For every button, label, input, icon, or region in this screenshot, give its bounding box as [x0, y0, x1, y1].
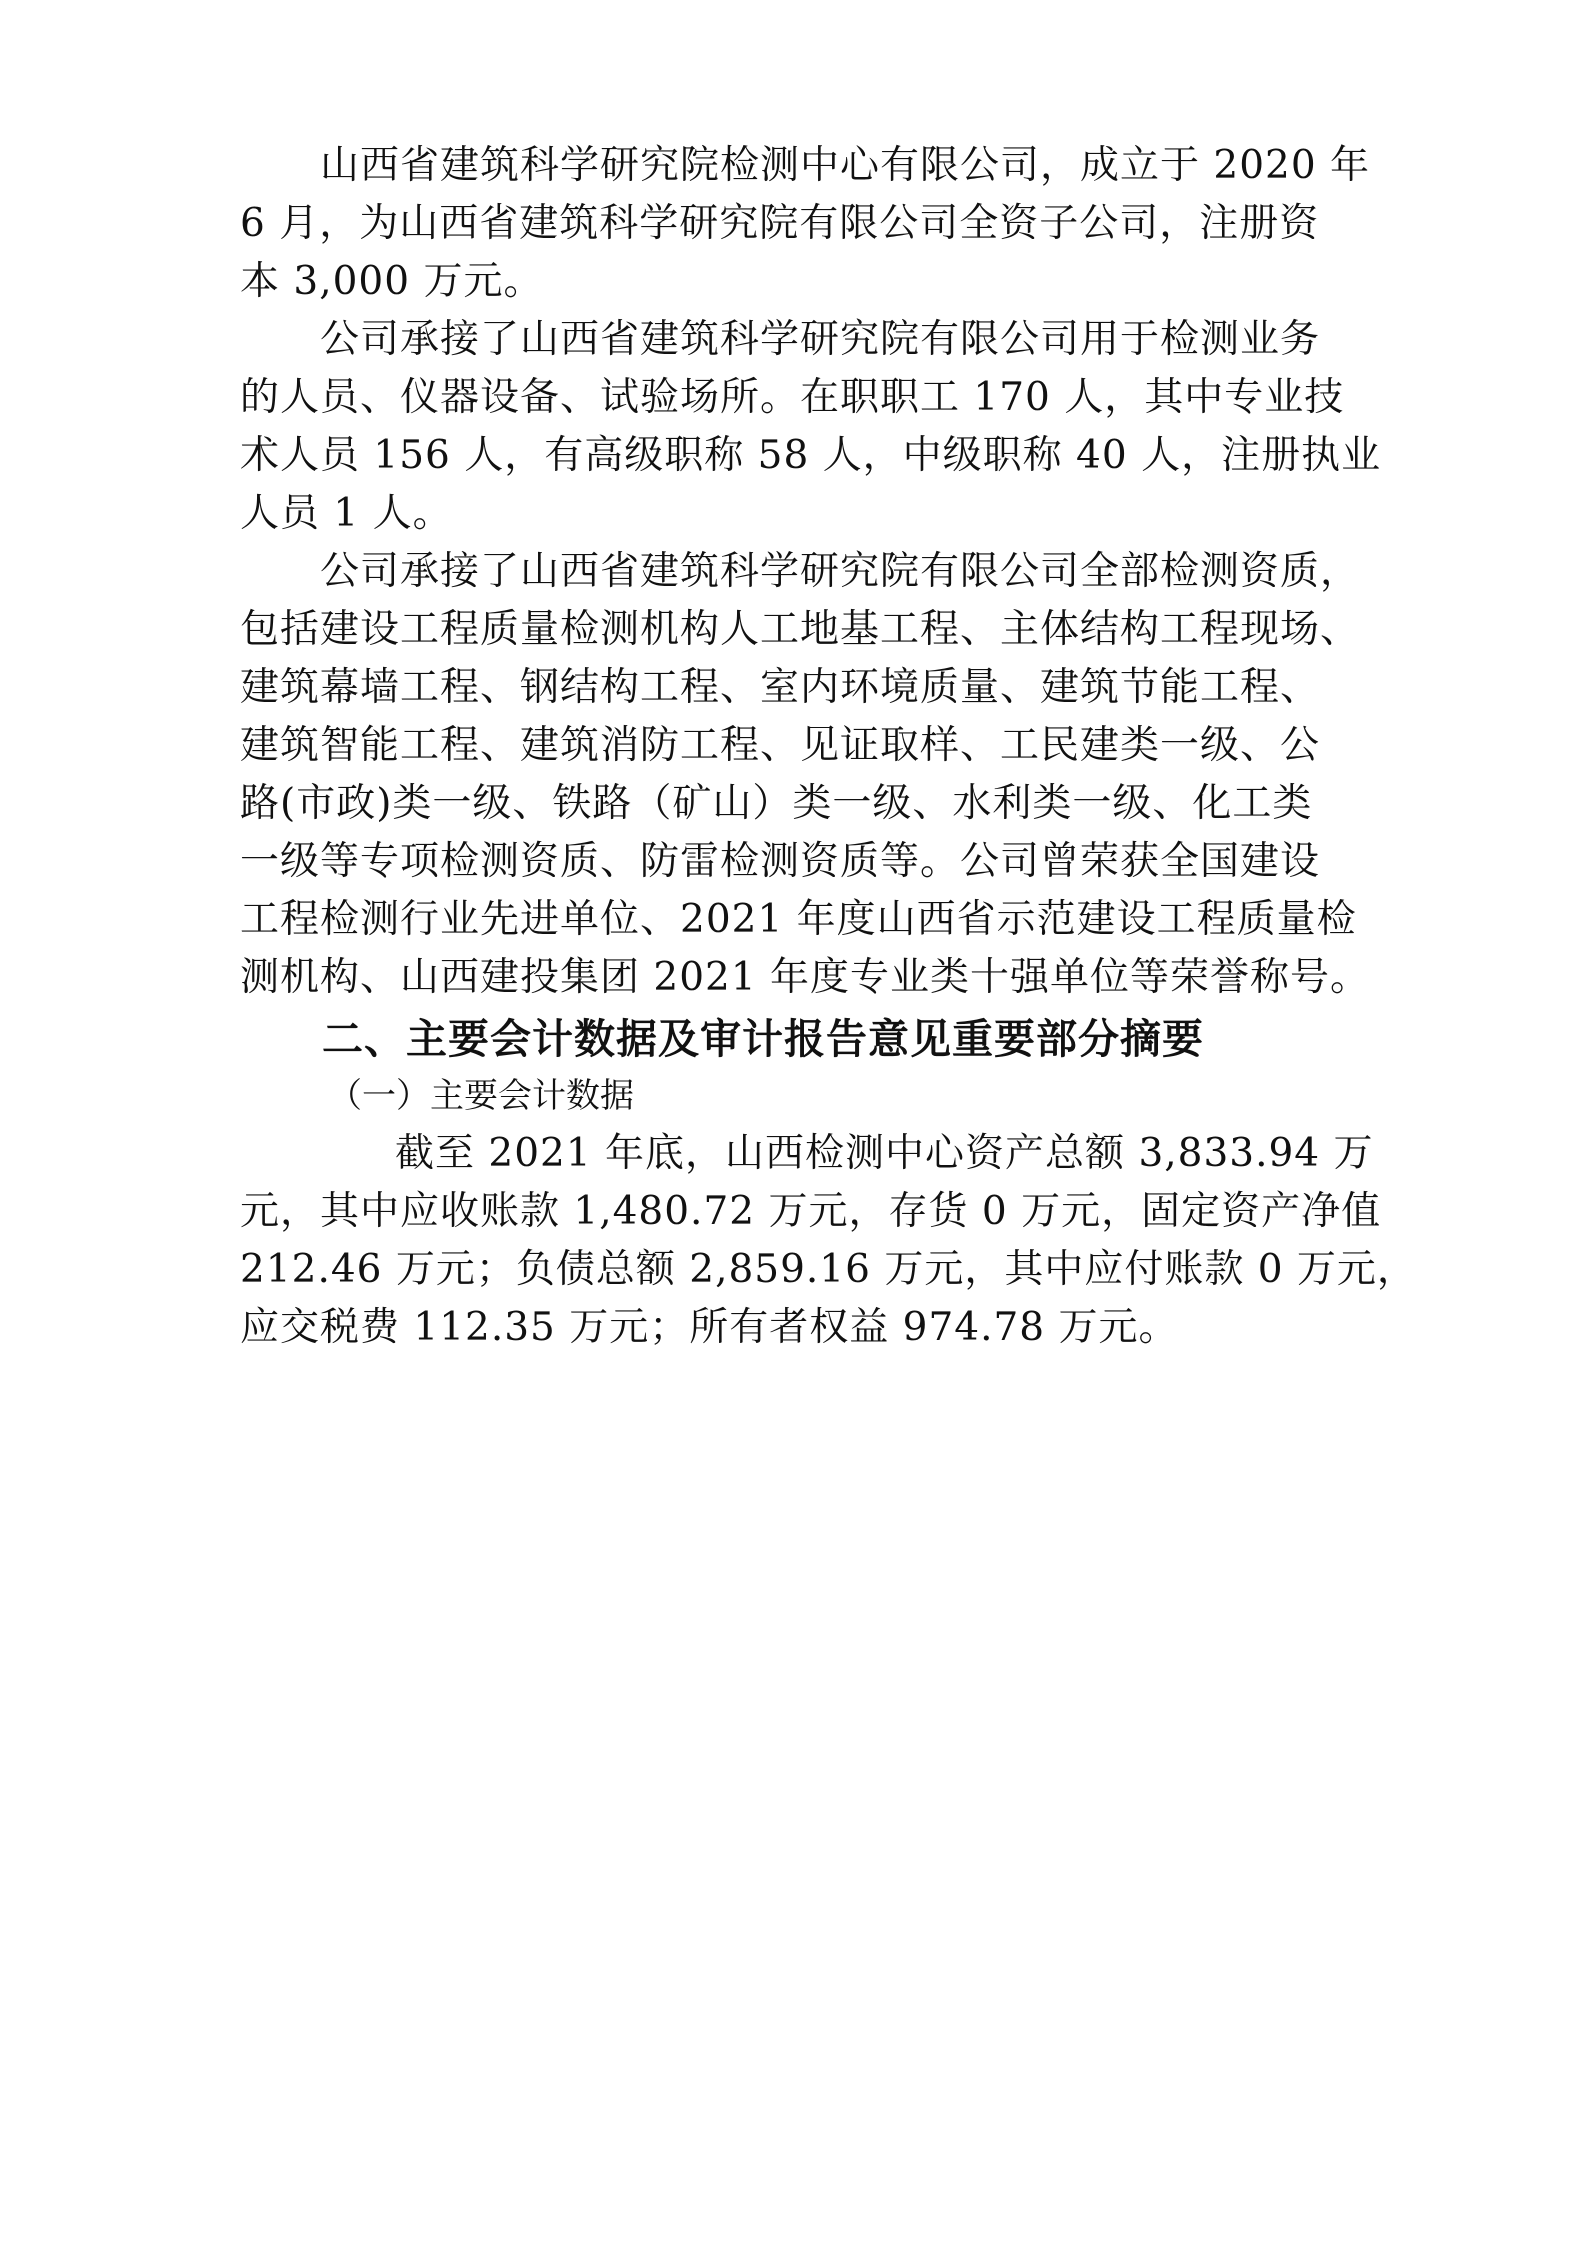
document-page: 山西省建筑科学研究院检测中心有限公司，成立于 2020 年 6 月，为山西省建筑… [0, 0, 1587, 2245]
paragraph-3-line-8: 测机构、山西建投集团 2021 年度专业类十强单位等荣誉称号。 [240, 954, 1370, 1002]
financial-paragraph-line-4: 应交税费 112.35 万元；所有者权益 974.78 万元。 [240, 1304, 1179, 1352]
paragraph-3-line-4: 建筑智能工程、建筑消防工程、见证取样、工民建类一级、公 [240, 722, 1320, 770]
paragraph-3-line-2: 包括建设工程质量检测机构人工地基工程、主体结构工程现场、 [240, 606, 1360, 654]
section-heading: 二、主要会计数据及审计报告意见重要部分摘要 [322, 1014, 1204, 1064]
paragraph-3-line-3: 建筑幕墙工程、钢结构工程、室内环境质量、建筑节能工程、 [240, 664, 1320, 712]
paragraph-1-line-3: 本 3,000 万元。 [240, 258, 543, 306]
financial-paragraph-line-3: 212.46 万元；负债总额 2,859.16 万元，其中应付账款 0 万元， [240, 1246, 1417, 1294]
financial-paragraph-line-2: 元，其中应收账款 1,480.72 万元，存货 0 万元，固定资产净值 [240, 1188, 1381, 1236]
paragraph-3-line-7: 工程检测行业先进单位、2021 年度山西省示范建设工程质量检 [240, 896, 1357, 944]
paragraph-2-line-3: 术人员 156 人，有高级职称 58 人，中级职称 40 人，注册执业 [240, 432, 1381, 480]
subsection-heading: （一）主要会计数据 [328, 1074, 634, 1118]
paragraph-1-line-1: 山西省建筑科学研究院检测中心有限公司，成立于 2020 年 [320, 142, 1370, 190]
paragraph-3-line-6: 一级等专项检测资质、防雷检测资质等。公司曾荣获全国建设 [240, 838, 1320, 886]
paragraph-2-line-4: 人员 1 人。 [240, 490, 453, 538]
paragraph-2-line-2: 的人员、仪器设备、试验场所。在职职工 170 人，其中专业技 [240, 374, 1344, 422]
paragraph-3-line-5: 路(市政)类一级、铁路（矿山）类一级、水利类一级、化工类 [240, 780, 1312, 828]
paragraph-3-line-1: 公司承接了山西省建筑科学研究院有限公司全部检测资质， [320, 548, 1360, 596]
paragraph-1-line-2: 6 月，为山西省建筑科学研究院有限公司全资子公司，注册资 [240, 200, 1319, 248]
paragraph-2-line-1: 公司承接了山西省建筑科学研究院有限公司用于检测业务 [320, 316, 1320, 364]
financial-paragraph-line-1: 截至 2021 年底，山西检测中心资产总额 3,833.94 万 [395, 1130, 1374, 1178]
